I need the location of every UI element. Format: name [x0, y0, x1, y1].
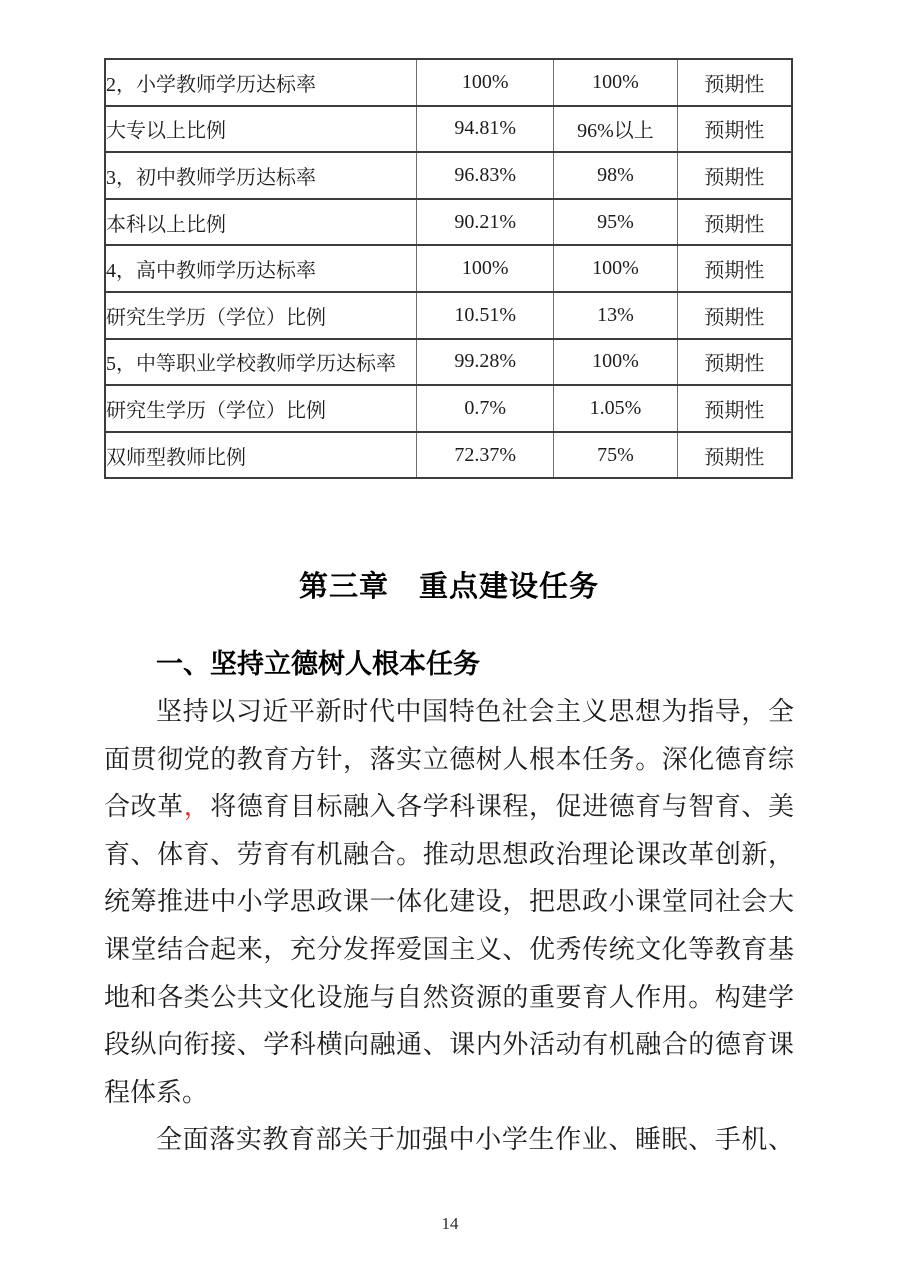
indicator-name-cell: 本科以上比例: [105, 199, 417, 246]
target-value-cell: 96%以上: [554, 106, 678, 153]
body-line: 全面落实教育部关于加强中小学生作业、睡眠、手机、: [104, 1116, 794, 1164]
indicator-type-cell: 预期性: [677, 59, 792, 106]
body-line: 统筹推进中小学思政课一体化建设，把思政小课堂同社会大: [104, 878, 794, 926]
body-line: 程体系。: [104, 1069, 794, 1117]
target-value-cell: 13%: [554, 292, 678, 339]
table-row: 双师型教师比例 72.37% 75% 预期性: [105, 432, 792, 479]
indicator-type-cell: 预期性: [677, 152, 792, 199]
indicator-name-cell: 大专以上比例: [105, 106, 417, 153]
body-paragraphs: 坚持以习近平新时代中国特色社会主义思想为指导，全 面贯彻党的教育方针，落实立德树…: [104, 688, 794, 1164]
body-line: 课堂结合起来，充分发挥爱国主义、优秀传统文化等教育基: [104, 926, 794, 974]
table-row: 3，初中教师学历达标率 96.83% 98% 预期性: [105, 152, 792, 199]
section-heading: 一、坚持立德树人根本任务: [156, 642, 480, 681]
indicator-type-cell: 预期性: [677, 245, 792, 292]
current-value-cell: 94.81%: [417, 106, 554, 153]
current-value-cell: 72.37%: [417, 432, 554, 479]
indicator-name-cell: 研究生学历（学位）比例: [105, 385, 417, 432]
indicator-type-cell: 预期性: [677, 292, 792, 339]
body-line: 地和各类公共文化设施与自然资源的重要育人作用。构建学: [104, 974, 794, 1022]
table-row: 4，高中教师学历达标率 100% 100% 预期性: [105, 245, 792, 292]
indicator-name-cell: 2，小学教师学历达标率: [105, 59, 417, 106]
page-number: 14: [0, 1214, 900, 1234]
table-row: 2，小学教师学历达标率 100% 100% 预期性: [105, 59, 792, 106]
current-value-cell: 99.28%: [417, 339, 554, 386]
target-value-cell: 100%: [554, 59, 678, 106]
red-comma: ，: [184, 792, 211, 821]
indicator-type-cell: 预期性: [677, 432, 792, 479]
table-row: 5，中等职业学校教师学历达标率 99.28% 100% 预期性: [105, 339, 792, 386]
table-row: 大专以上比例 94.81% 96%以上 预期性: [105, 106, 792, 153]
target-value-cell: 1.05%: [554, 385, 678, 432]
indicator-name-cell: 3，初中教师学历达标率: [105, 152, 417, 199]
indicator-name-cell: 研究生学历（学位）比例: [105, 292, 417, 339]
current-value-cell: 90.21%: [417, 199, 554, 246]
table-row: 本科以上比例 90.21% 95% 预期性: [105, 199, 792, 246]
indicator-type-cell: 预期性: [677, 339, 792, 386]
body-line: 合改革，将德育目标融入各学科课程，促进德育与智育、美: [104, 783, 794, 831]
indicator-name-cell: 双师型教师比例: [105, 432, 417, 479]
table-row: 研究生学历（学位）比例 10.51% 13% 预期性: [105, 292, 792, 339]
body-line-segment: 将德育目标融入各学科课程，促进德育与智育、美: [210, 792, 794, 821]
current-value-cell: 100%: [417, 245, 554, 292]
indicator-name-cell: 5，中等职业学校教师学历达标率: [105, 339, 417, 386]
chapter-title: 第三章 重点建设任务: [104, 564, 794, 605]
indicator-type-cell: 预期性: [677, 106, 792, 153]
table-row: 研究生学历（学位）比例 0.7% 1.05% 预期性: [105, 385, 792, 432]
body-line-segment: 合改革: [104, 792, 184, 821]
target-value-cell: 100%: [554, 245, 678, 292]
current-value-cell: 100%: [417, 59, 554, 106]
target-value-cell: 95%: [554, 199, 678, 246]
body-line: 面贯彻党的教育方针，落实立德树人根本任务。深化德育综: [104, 736, 794, 784]
body-line: 育、体育、劳育有机融合。推动思想政治理论课改革创新，: [104, 831, 794, 879]
current-value-cell: 96.83%: [417, 152, 554, 199]
indicator-type-cell: 预期性: [677, 385, 792, 432]
body-line: 段纵向衔接、学科横向融通、课内外活动有机融合的德育课: [104, 1021, 794, 1069]
indicator-table: 2，小学教师学历达标率 100% 100% 预期性 大专以上比例 94.81% …: [104, 58, 793, 479]
indicator-type-cell: 预期性: [677, 199, 792, 246]
target-value-cell: 98%: [554, 152, 678, 199]
current-value-cell: 0.7%: [417, 385, 554, 432]
target-value-cell: 75%: [554, 432, 678, 479]
document-page: 2，小学教师学历达标率 100% 100% 预期性 大专以上比例 94.81% …: [0, 0, 900, 1272]
indicator-name-cell: 4，高中教师学历达标率: [105, 245, 417, 292]
current-value-cell: 10.51%: [417, 292, 554, 339]
body-line: 坚持以习近平新时代中国特色社会主义思想为指导，全: [104, 688, 794, 736]
target-value-cell: 100%: [554, 339, 678, 386]
